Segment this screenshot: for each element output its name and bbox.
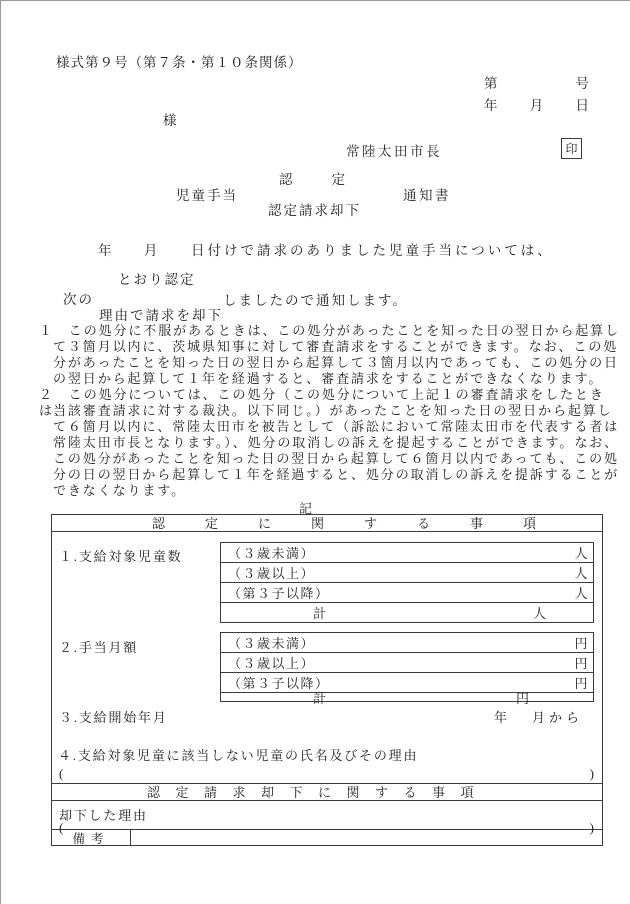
legal-para1-line: の翌日から起算して１年を経過すると、審査請求をすることができなくなります。: [53, 371, 603, 387]
row3-label: ３.支給開始年月: [59, 707, 168, 726]
body-option-approved: とおり認定: [118, 268, 196, 288]
table-row: （３歳以上） 人: [221, 563, 593, 583]
paren-close: ): [590, 766, 594, 782]
children-count-table: （３歳未満） 人 （３歳以上） 人 （第３子以降） 人 計 人: [220, 542, 594, 623]
table-row: （３歳未満） 人: [221, 543, 593, 563]
notes-row: 備考: [52, 829, 602, 845]
legal-para2-line: て６箇月以内に、常陸太田市を被告として（訴訟において常陸太田市を代表する者は: [53, 419, 619, 435]
age-band-label: （３歳以上）: [221, 563, 315, 582]
section-header-approval: 認定に関する事項: [52, 515, 602, 532]
unit-yen: 円: [574, 633, 593, 652]
table-row: （第３子以降） 人: [221, 583, 593, 603]
issuer-name: 常陸太田市長: [346, 140, 442, 160]
date-day-label: 日: [576, 94, 592, 114]
title-option-approval: 認定: [279, 168, 384, 188]
legal-para1-line: １ この処分に不服があるときは、この処分があったことを知った日の翌日から起算し: [39, 323, 620, 339]
main-table: 認定に関する事項 １.支給対象児童数 （３歳未満） 人 （３歳以上） 人 （第３…: [51, 514, 603, 846]
row3-year-label: 年: [494, 707, 509, 726]
title-left: 児童手当: [176, 184, 238, 204]
date-month-label: 月: [530, 94, 546, 114]
legal-para1-line: て３箇月以内に、茨城県知事に対して審査請求をすることができます。なお、この処: [53, 339, 618, 355]
total-label: 計: [313, 603, 328, 622]
unit-person: 人: [574, 563, 593, 582]
age-band-label: （３歳未満）: [221, 633, 315, 652]
date-line: 年 月 日: [484, 94, 591, 114]
body-month-label: 月: [144, 239, 160, 259]
total-label: 計: [313, 688, 328, 707]
legal-para2-line: 当該審査請求に対する裁決。以下同じ。）があったことを知った日の翌日から起算し: [53, 403, 613, 419]
paren-open: (: [59, 766, 63, 782]
seal-mark: 印: [561, 138, 582, 159]
notes-label: 備考: [52, 830, 131, 845]
section-header-rejection: 認定請求却下に関する事項: [52, 783, 602, 801]
doc-number-line: 第 号: [484, 72, 591, 92]
unit-yen: 円: [574, 673, 593, 692]
row3-from-label: 月から: [532, 707, 583, 726]
row2-label: ２.手当月額: [59, 637, 138, 656]
age-band-label: （第３子以降）: [221, 583, 330, 602]
title-option-rejection: 認定請求却下: [268, 199, 361, 219]
unit-yen: 円: [574, 653, 593, 672]
unit-person: 人: [533, 603, 548, 622]
body-line2-prefix: 次の: [63, 288, 94, 308]
row1-label: １.支給対象児童数: [59, 546, 182, 565]
table-row: （３歳以上） 円: [221, 653, 593, 673]
table-total-row: 計 人: [221, 603, 593, 622]
document-page: 様式第９号（第７条・第１０条関係） 第 号 年 月 日 様 常陸太田市長 印 児…: [0, 0, 630, 904]
row4-label: ４.支給対象児童に該当しない児童の氏名及びその理由: [58, 745, 418, 764]
legal-para2-line: 分の日の翌日から起算して１年を経過すると、処分の取消しの訴えを提訴することが: [53, 467, 619, 483]
notes-empty-cell: [131, 830, 602, 845]
allowance-amount-table: （３歳未満） 円 （３歳以上） 円 （第３子以降） 円 計 円: [220, 632, 594, 702]
body-option-rejected: 理由で請求を却下: [99, 304, 223, 324]
body-year-label: 年: [98, 239, 114, 259]
form-number: 様式第９号（第７条・第１０条関係）: [56, 51, 303, 71]
addressee-suffix: 様: [163, 109, 179, 129]
doc-number-prefix: 第: [484, 72, 500, 92]
table-total-row: 計 円: [221, 693, 593, 701]
legal-para2-line: 常陸太田市長となります。）、処分の取消しの訴えを提起することができます。なお、: [53, 435, 619, 451]
doc-number-suffix: 号: [576, 72, 592, 92]
table-row: （第３子以降） 円: [221, 673, 593, 693]
row4-fill-line: ( ): [52, 766, 602, 782]
unit-person: 人: [574, 583, 593, 602]
legal-para2-line: できなくなります。: [53, 483, 186, 499]
unit-person: 人: [574, 543, 593, 562]
unit-yen: 円: [516, 688, 531, 707]
body-line1-text: 日付けで請求のありました児童手当については、: [191, 239, 554, 259]
date-year-label: 年: [484, 94, 500, 114]
legal-para2-line: この処分があったことを知った日の翌日から起算して６箇月以内であっても、この処: [53, 451, 619, 467]
table-row: （３歳未満） 円: [221, 633, 593, 653]
age-band-label: （３歳以上）: [221, 653, 315, 672]
title-right: 通知書: [403, 184, 451, 204]
age-band-label: （３歳未満）: [221, 543, 315, 562]
legal-para1-line: 分があったことを知った日の翌日から起算して３箇月以内であっても、この処分の日: [53, 355, 619, 371]
body-line2-suffix: しましたので通知します。: [223, 289, 408, 309]
